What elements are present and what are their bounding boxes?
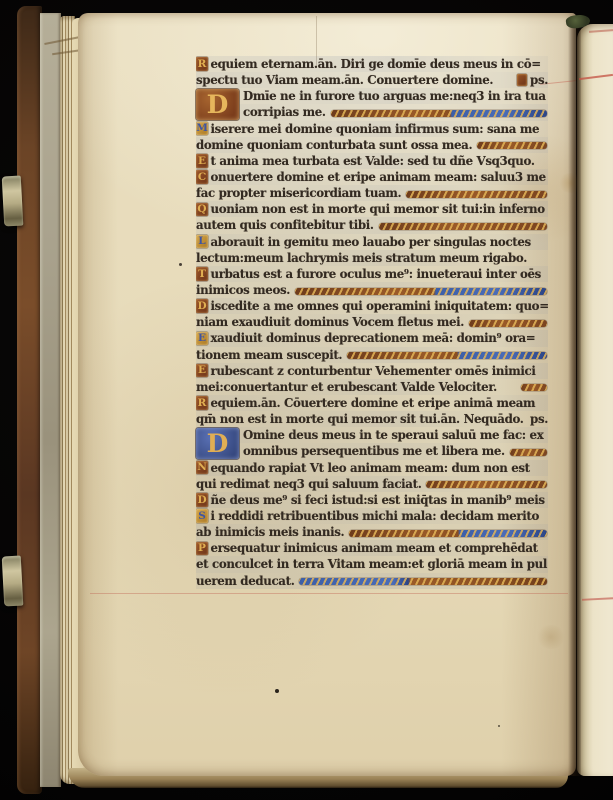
text-line: Dñe deus me⁹ si feci istud:si est iniq̄t…	[196, 492, 548, 508]
text-line: tionem meam suscepit.	[196, 347, 548, 363]
line-text: urbatus est a furore oculus me⁹: inueter…	[211, 266, 541, 282]
line-initial: Q	[196, 203, 208, 217]
line-initial: N	[196, 461, 208, 475]
line-text: inimicos meos.	[196, 282, 290, 298]
line-filler	[331, 110, 547, 117]
line-text: ersequatur inimicus animam meam et compr…	[211, 540, 538, 556]
line-text: mei:conuertantur et erubescant Valde Vel…	[196, 379, 497, 395]
text-line: lectum:meum lachrymis meis stratum meum …	[196, 250, 548, 266]
speck	[275, 689, 279, 693]
text-line: Miserere mei domine quoniam infirmus sum…	[196, 121, 548, 137]
line-filler	[379, 223, 547, 230]
line-text: ab inimicis meis inanis.	[196, 524, 344, 540]
clasp-fitting-top	[2, 176, 24, 227]
speck	[498, 725, 500, 727]
text-line: Si reddidi retribuentibus michi mala: de…	[196, 508, 548, 524]
illuminated-initial: D	[196, 89, 239, 120]
leather-cover-edge	[17, 6, 42, 794]
line-initial: P	[196, 542, 208, 556]
line-text: equiem eternam.ān. Diri ge domīe deus me…	[211, 56, 541, 72]
paraph-mark	[517, 74, 527, 86]
text-line: corripias me.	[196, 104, 548, 120]
line-initial: M	[196, 122, 208, 136]
text-line: Requiem eternam.ān. Diri ge domīe deus m…	[196, 56, 548, 72]
line-filler	[349, 530, 547, 537]
line-text: domine quoniam conturbata sunt ossa mea.	[196, 137, 472, 153]
line-initial: S	[196, 509, 208, 523]
line-text: qui redimat neq3 qui saluum faciat.	[196, 476, 421, 492]
line-text: uerem deducat.	[196, 573, 294, 589]
line-text: iserere mei domine quoniam infirmus sum:…	[211, 121, 540, 137]
text-line: Conuertere domine et eripe animam meam: …	[196, 169, 548, 185]
line-text: t anima mea turbata est Valde: sed tu dñ…	[211, 153, 535, 169]
line-initial: R	[196, 396, 208, 410]
line-text: autem quis confitebitur tibi.	[196, 217, 374, 233]
illuminated-initial: D	[196, 428, 239, 459]
line-text: qm̄ non est in morte qui memor sit tui.ā…	[196, 411, 524, 427]
ruling-line	[90, 593, 568, 594]
line-initial: C	[196, 170, 208, 184]
line-initial: E	[196, 154, 208, 168]
line-filler	[347, 352, 547, 359]
gutter-shadow	[568, 18, 581, 776]
text-line: niam exaudiuit dominus Vocem fletus mei.	[196, 314, 548, 330]
facing-page-edge	[577, 24, 613, 776]
clasp-fitting-bottom	[2, 556, 24, 607]
line-initial: D	[196, 493, 208, 507]
text-line: Quoniam non est in morte qui memor sit t…	[196, 201, 548, 217]
line-text: niam exaudiuit dominus Vocem fletus mei.	[196, 314, 464, 330]
line-filler	[510, 449, 547, 456]
line-text: uoniam non est in morte qui memor sit tu…	[211, 201, 545, 217]
text-line: Turbatus est a furore oculus me⁹: inuete…	[196, 266, 548, 282]
text-line: Laborauit in gemitu meo lauabo per singu…	[196, 234, 548, 250]
line-text: corripias me.	[243, 104, 326, 120]
line-text: spectu tuo Viam meam.ān. Conuertere domi…	[196, 72, 493, 88]
text-line: Nequando rapiat Vt leo animam meam: dum …	[196, 460, 548, 476]
line-text: xaudiuit dominus deprecationem meā: domi…	[211, 330, 536, 346]
line-text: rubescant z conturbentur Vehementer omēs…	[211, 363, 536, 379]
line-text: et conculcet in terra Vitam meam:et glor…	[196, 556, 548, 572]
line-text: onuertere domine et eripe animam meam: s…	[211, 169, 546, 185]
page-block-edge	[40, 13, 61, 787]
line-text: omnibus persequentibus me et libera me.	[243, 443, 505, 459]
line-text: Dmīe ne in furore tuo arguas me:neq3 in …	[243, 88, 546, 104]
text-line: inimicos meos.	[196, 282, 548, 298]
text-line: uerem deducat.	[196, 573, 548, 589]
line-end-text: ps.	[530, 72, 548, 88]
line-filler	[477, 142, 547, 149]
text-line: Erubescant z conturbentur Vehementer omē…	[196, 363, 548, 379]
stain	[536, 625, 566, 649]
text-line: autem quis confitebitur tibi.	[196, 217, 548, 233]
line-text: lectum:meum lachrymis meis stratum meum …	[196, 250, 527, 266]
text-line: Omine deus meus in te speraui saluū me f…	[196, 427, 548, 443]
text-line: qm̄ non est in morte qui memor sit tui.ā…	[196, 411, 548, 427]
line-text: fac propter misericordiam tuam.	[196, 185, 401, 201]
line-text: aborauit in gemitu meo lauabo per singul…	[211, 234, 531, 250]
line-filler	[299, 578, 547, 585]
manuscript-page: Requiem eternam.ān. Diri ge domīe deus m…	[78, 13, 576, 776]
text-line: et conculcet in terra Vitam meam:et glor…	[196, 556, 548, 572]
speck	[179, 263, 182, 266]
text-line: domine quoniam conturbata sunt ossa mea.	[196, 137, 548, 153]
text-line: fac propter misericordiam tuam.	[196, 185, 548, 201]
text-line: spectu tuo Viam meam.ān. Conuertere domi…	[196, 72, 548, 88]
line-text: ñe deus me⁹ si feci istud:si est iniq̄ta…	[211, 492, 545, 508]
text-block: Requiem eternam.ān. Diri ge domīe deus m…	[196, 56, 548, 589]
text-line: Et anima mea turbata est Valde: sed tu d…	[196, 153, 548, 169]
text-line: Persequatur inimicus animam meam et comp…	[196, 540, 548, 556]
text-line: Requiem.ān. Cōuertere domine et eripe an…	[196, 395, 548, 411]
line-initial: E	[196, 332, 208, 346]
line-text: equiem.ān. Cōuertere domine et eripe ani…	[211, 395, 536, 411]
line-initial: E	[196, 364, 208, 378]
line-filler	[406, 191, 547, 198]
line-filler	[521, 384, 547, 391]
text-line: omnibus persequentibus me et libera me.	[196, 443, 548, 459]
line-filler	[426, 481, 547, 488]
line-initial: D	[196, 299, 208, 313]
line-filler	[295, 288, 547, 295]
line-initial: L	[196, 235, 208, 249]
text-line: Exaudiuit dominus deprecationem meā: dom…	[196, 330, 548, 346]
line-text: Omine deus meus in te speraui saluū me f…	[243, 427, 543, 443]
text-line: qui redimat neq3 qui saluum faciat.	[196, 476, 548, 492]
line-end-text: ps.	[530, 411, 548, 427]
line-filler	[469, 320, 547, 327]
line-text: tionem meam suscepit.	[196, 347, 342, 363]
line-text: equando rapiat Vt leo animam meam: dum n…	[211, 460, 530, 476]
line-text: i reddidi retribuentibus michi mala: dec…	[211, 508, 539, 524]
text-line: mei:conuertantur et erubescant Valde Vel…	[196, 379, 548, 395]
line-text: iscedite a me omnes qui operamini iniqui…	[211, 298, 549, 314]
text-line: Discedite a me omnes qui operamini iniqu…	[196, 298, 548, 314]
text-line: ab inimicis meis inanis.	[196, 524, 548, 540]
text-line: Dmīe ne in furore tuo arguas me:neq3 in …	[196, 88, 548, 104]
line-initial: R	[196, 57, 208, 71]
line-initial: T	[196, 267, 208, 281]
